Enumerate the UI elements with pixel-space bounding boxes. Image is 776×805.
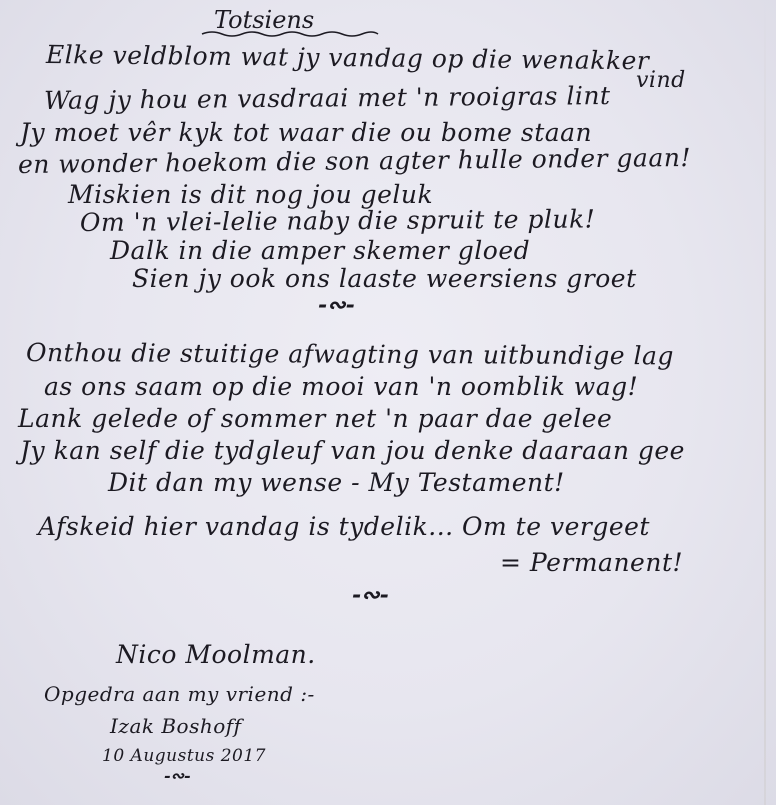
section-divider: -∾- [164, 766, 191, 785]
poem-line: Elke veldblom wat jy vandag op die wenak… [46, 40, 650, 75]
poem-line: as ons saam op die mooi van 'n oomblik w… [44, 372, 638, 401]
poem-line: Miskien is dit nog jou geluk [68, 180, 433, 209]
poem-line: Onthou die stuitige afwagting van uitbun… [26, 338, 674, 370]
title-wavy-underline [200, 30, 380, 38]
poem-line: = Permanent! [500, 548, 683, 577]
poem-line: en wonder hoekom die son agter hulle ond… [18, 143, 691, 179]
section-divider: -∾- [318, 292, 355, 318]
poem-line-continuation: vind [636, 68, 686, 93]
poem-line: Dit dan my wense - My Testament! [108, 468, 565, 497]
poem-line: Om 'n vlei-lelie naby die spruit te pluk… [80, 204, 595, 237]
section-divider: -∾- [352, 582, 389, 608]
poem-line: Jy kan self die tydgleuf van jou denke d… [20, 436, 685, 465]
paper-edge [764, 0, 766, 805]
poem-line: Dalk in die amper skemer gloed [110, 236, 530, 265]
dedication-line: Opgedra aan my vriend :- [44, 682, 315, 706]
poem-line: Afskeid hier vandag is tydelik... Om te … [38, 512, 650, 541]
dedication-date: 10 Augustus 2017 [102, 746, 266, 766]
author-signature: Nico Moolman. [116, 640, 316, 669]
poem-line: Lank gelede of sommer net 'n paar dae ge… [18, 404, 612, 433]
dedication-recipient: Izak Boshoff [110, 714, 242, 738]
poem-line: Wag jy hou en vasdraai met 'n rooigras l… [44, 81, 611, 115]
handwritten-poem-page: Totsiens Elke veldblom wat jy vandag op … [0, 0, 776, 805]
poem-line: Jy moet vêr kyk tot waar die ou bome sta… [20, 118, 592, 147]
poem-line: Sien jy ook ons laaste weersiens groet [132, 264, 637, 293]
